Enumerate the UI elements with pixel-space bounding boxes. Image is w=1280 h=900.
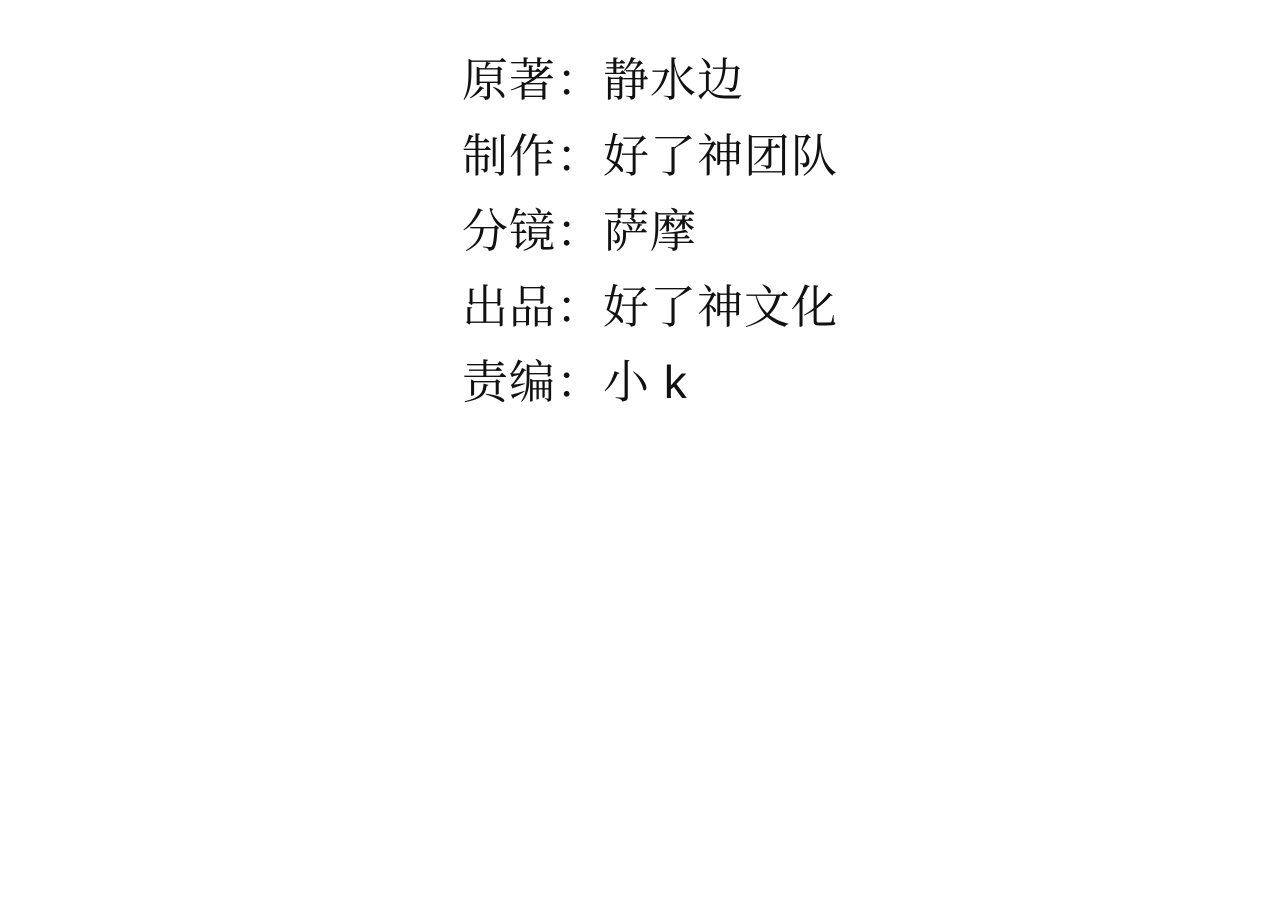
credit-line-editor: 责编：小 k <box>462 345 838 421</box>
credit-line-original-author: 原著：静水边 <box>462 43 838 119</box>
credit-line-production: 制作：好了神团队 <box>462 119 838 195</box>
credits-page: 原著：静水边 制作：好了神团队 分镜：萨摩 出品：好了神文化 责编：小 k <box>0 0 1280 900</box>
credits-block: 原著：静水边 制作：好了神团队 分镜：萨摩 出品：好了神文化 责编：小 k <box>462 43 838 421</box>
credit-line-presented-by: 出品：好了神文化 <box>462 270 838 346</box>
credit-line-storyboard: 分镜：萨摩 <box>462 194 838 270</box>
